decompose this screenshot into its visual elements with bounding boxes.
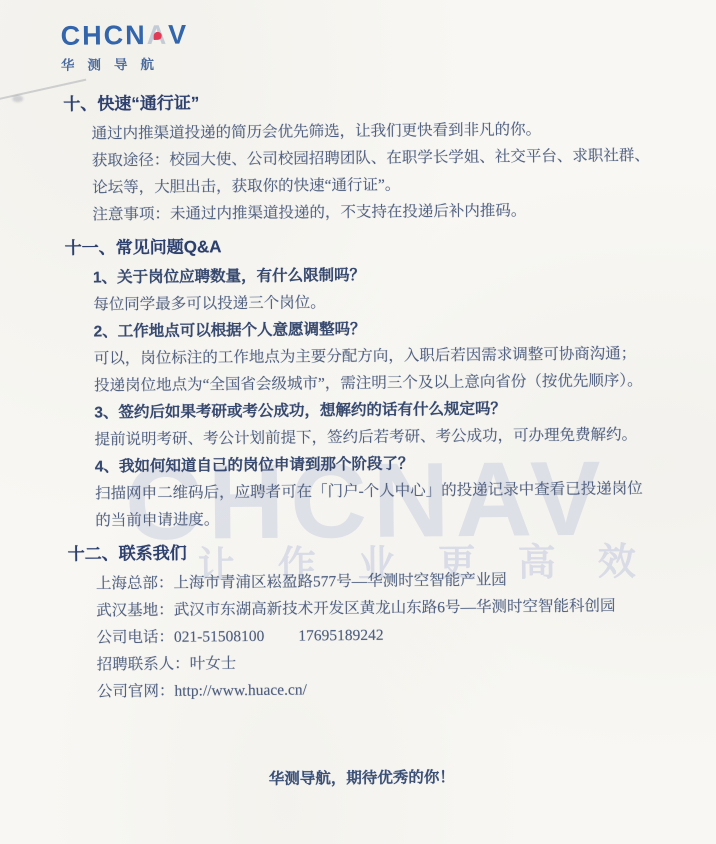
contact-phone-mobile: 17695189242 xyxy=(298,627,383,645)
footer-slogan: 华测导航，期待优秀的你！ xyxy=(4,763,716,792)
logo-text-right: V xyxy=(168,20,188,50)
contact-line-website: 公司官网：http://www.huace.cn/ xyxy=(97,673,675,706)
body-line: 注意事项：未通过内推渠道投递的，不支持在投递后补内推码。 xyxy=(92,196,670,229)
section-faq: 十一、常见问题Q&A 1、关于岗位应聘数量，有什么限制吗？ 每位同学最多可以投递… xyxy=(65,233,674,535)
logo-chinese-name: 华测导航 xyxy=(61,53,189,74)
body-line: 获取途径：校园大使、公司校园招聘团队、在职学长学姐、社交平台、求职社群、 xyxy=(92,142,670,175)
section-fast-pass-body: 通过内推渠道投递的简历会优先筛选，让我们更快看到非凡的你。 获取途径：校园大使、… xyxy=(91,115,670,229)
contact-text: 武汉基地：武汉市东湖高新技术开发区黄龙山东路6号—华测时空智能科创园 xyxy=(96,598,615,620)
section-fast-pass-title: 十、快速“通行证” xyxy=(63,89,669,115)
faq-answer-2-line: 投递岗位地点为“全国省会级城市”，需注明三个及以上意向省份（按优先顺序）。 xyxy=(94,367,672,400)
faq-answer-4-line: 的当前申请进度。 xyxy=(95,502,673,535)
contact-line-wuhan-base: 武汉基地：武汉市东湖高新技术开发区黄龙山东路6号—华测时空智能科创园 xyxy=(96,592,674,625)
section-contact-body: 上海总部：上海市青浦区崧盈路577号—华测时空智能产业园 武汉基地：武汉市东湖高… xyxy=(96,565,675,706)
scanned-document-page: CHCNAV 让作业更高效 CHCNAV 华测导航 十、快速“通行证” 通过内推… xyxy=(0,0,716,844)
section-faq-body: 1、关于岗位应聘数量，有什么限制吗？ 每位同学最多可以投递三个岗位。 2、工作地… xyxy=(93,259,674,535)
logo-a-mark: A xyxy=(147,22,169,49)
chcnav-logo: CHCNAV 华测导航 xyxy=(61,22,189,74)
logo-wordmark: CHCNAV xyxy=(61,22,189,50)
contact-text: 上海总部：上海市青浦区崧盈路577号—华测时空智能产业园 xyxy=(96,572,507,593)
section-fast-pass: 十、快速“通行证” 通过内推渠道投递的简历会优先筛选，让我们更快看到非凡的你。 … xyxy=(63,89,670,229)
scan-smudge-artifact xyxy=(12,95,23,102)
contact-text: 招聘联系人：叶女士 xyxy=(97,655,237,673)
page-content: CHCNAV 让作业更高效 CHCNAV 华测导航 十、快速“通行证” 通过内推… xyxy=(0,0,716,844)
contact-phone-main: 公司电话：021-51508100 xyxy=(96,628,264,647)
section-contact: 十二、联系我们 上海总部：上海市青浦区崧盈路577号—华测时空智能产业园 武汉基… xyxy=(68,539,676,706)
contact-website-url: 公司官网：http://www.huace.cn/ xyxy=(97,682,307,701)
logo-pin-icon xyxy=(154,31,162,39)
faq-answer-4-line: 扫描网申二维码后，应聘者可在「门户-个人中心」的投递记录中查看已投递岗位 xyxy=(95,475,673,508)
faq-answer-3-line: 提前说明考研、考公计划前提下，签约后若考研、考公成功，可办理免费解约。 xyxy=(94,421,672,454)
section-faq-title: 十一、常见问题Q&A xyxy=(65,233,671,259)
logo-text-left: CHCN xyxy=(61,20,147,51)
